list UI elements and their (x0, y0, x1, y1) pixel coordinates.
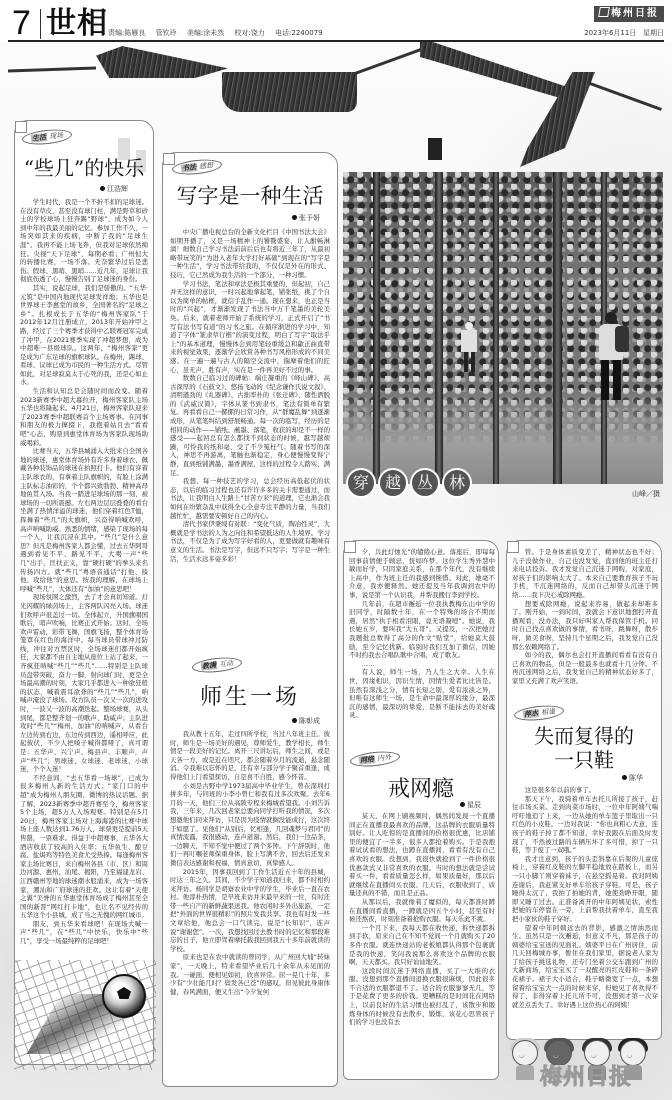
bullet-icon (622, 775, 627, 780)
credit-item: 责编:陈雁良 (108, 29, 145, 37)
paragraph: 管。于是身体素质变差了，精神状态也不好；儿子没做作业，自己也没发觉，直到他的班主… (512, 548, 658, 600)
paragraph: 清代书家伊秉绶有对联：“变化气质，陶冶性灵”，大概就是学书法的人为之向往和希望抵… (170, 520, 330, 563)
book-logo-icon (598, 7, 610, 17)
headline-line: 一只鞋 (508, 748, 660, 772)
paragraph: 如今的我，偶尔也会打开直播间看看有没有自己喜欢的物品，但是一般最多也就看十几分钟… (512, 651, 658, 684)
paragraph: 那天下午，我骑着单车去托儿所接了孩子，赶往市场买菜。走到肉菜市场时，一位中年阿姨… (512, 795, 658, 855)
paragraph: 想要戒除网瘾，说起来容易，做起来却难多了。刚开始，一到时间，我就会下意识地想打开… (512, 600, 658, 652)
headline: 写字是一种生活 (164, 180, 336, 210)
article-body: 中央广播电视总台的全新文化栏目《中国书法大会》如期开播了，又是一场精神上的饕餮盛… (170, 228, 330, 630)
paragraph: 望着中年阿姨远去的背影，感激之情油然而生。虽然只是一次邂逅，但意义不凡，那是孩子… (512, 924, 658, 1010)
photo-title: 穿 越 丛 林 (346, 468, 472, 498)
title-char: 越 (378, 468, 408, 498)
bullet-icon (460, 802, 465, 807)
bullet-icon (100, 186, 105, 191)
article-body-continued: 管。于是身体素质变差了，精神状态也不好；儿子没做作业，自己也没发觉，直到他的班主… (512, 548, 658, 684)
paragraph: 朋友，到五华来看球吧！在现场大喊一声“些几”，在“些几”中快乐，快乐中“些几”，… (20, 920, 148, 946)
paragraph: 我才注意到，孩子的头歪斜靠在后架的儿童座椅上，穿着红皮鞋的左脚平稳地放在踏板上，… (512, 855, 658, 924)
paragraph: 有人说，师生一场，乃人生之大幸。人生在世，因缘相识，因识生情，因情生爱者比比皆是… (349, 668, 495, 720)
article-body: 某天，在网上刷视频时，偶然间发现一个直播间正在直播我最喜欢的品牌，这品牌的衣服质… (349, 812, 495, 1070)
issue-weekday: 星期日 (643, 29, 664, 37)
paragraph: 这段时间沉迷于网络直播，买了一大堆的衣服。没想到那个直播间退换衣服很麻烦，因此很… (349, 967, 495, 1027)
forest-photo (343, 172, 663, 484)
paragraph: 2015年，因事我回到了工作生活近五十年的县城，时达三年之久。其间，不少学子知道… (170, 868, 330, 954)
bullet-icon (292, 718, 297, 723)
paragraph: 其实，说起足球，我们是骄傲的。“五华·元筑”是中国内地现代足球发祥地；五华也是世… (20, 284, 148, 387)
paragraph: 一个月下来，我每天都在收快递，拆快递都拆到手软，原来自己在不知不觉间一个月就购买… (349, 924, 495, 967)
page-number: 7 (12, 6, 31, 40)
photo-credit: 山峰／摄 (632, 489, 660, 499)
roof-center (222, 72, 357, 112)
title-char: 丛 (410, 468, 440, 498)
article-body: 这是很多年以前的事了。 那天下午，我骑着单车去托儿所接了孩子，赶往市场买菜。走到… (512, 786, 658, 1026)
dateline: 2023年6月11日 星期日 (584, 28, 664, 38)
paragraph: 我从教十五年，走过四所学校，当过八年班主任。彼时，师生是一场美好的遇见，尊师爱生… (170, 730, 330, 782)
paragraph: 原来也是在农中就读的曾同学，从广州回大埔“转妹家”，一天晚上，特来看望毕业后几十… (170, 953, 330, 996)
credit-item: 美编:涂未然 (187, 29, 224, 37)
editor-credits: 责编:陈雁良 管钦玲 美编:涂未然 校对:饶力 电话:2240079 (108, 28, 331, 38)
credit-item: 校对:饶力 (234, 29, 264, 37)
paragraph: 从那以后，我就像着了魔似的，每天都准时蹲在直播间看直播，一蹲就是四五个小时，甚至… (349, 898, 495, 924)
paragraph: 生活和认知总是会随时间而改变。随着2023新赛季中超大幕拉开，梅州客家队主场五华… (20, 387, 148, 447)
byline: 星辰 (460, 800, 481, 810)
paragraph: 某天，在网上刷视频时，偶然间发现一个直播间正在直播我最喜欢的品牌，这品牌的衣服质… (349, 812, 495, 898)
paragraph: 学生时代，我是一个不折不扣的足球迷。在没有草皮，甚至没有球门柱，满是野草和砂土的… (20, 198, 148, 284)
headline: “些几”的快乐 (16, 152, 152, 181)
newspaper-brand: 梅州日报 (594, 6, 664, 22)
byline: 陈彰成 (292, 716, 320, 726)
credit-item: 管钦玲 (156, 29, 177, 37)
byline: 张予妍 (292, 213, 320, 223)
paragraph: 不经意间，“去五华看一场球”，已成为很多梅州人新的生活方式；“家门口的中超”成为… (20, 774, 148, 920)
title-char: 穿 (346, 468, 376, 498)
headline-line: 失而复得的 (508, 724, 660, 748)
paragraph: 我想，每一种技艺的学习，总会经历高低起伏的状态，以后的临习过程也还有许许多多的关… (170, 477, 330, 520)
paragraph: 数数自己临习过的碑帖：端庄凝重的《峄山碑》、高古深厚的《石鼓文》、悠扬飞动的《纪… (170, 374, 330, 477)
article-body: 学生时代，我是一个不折不扣的足球迷。在没有草皮，甚至没有球门柱，满是野草和砂土的… (20, 198, 148, 960)
title-char: 林 (442, 468, 472, 498)
section-title: 世相 (46, 8, 108, 40)
paragraph: 这是很多年以前的事了。 (512, 786, 658, 795)
headline: 戒网瘾 (345, 772, 497, 803)
headline: 师生一场 (164, 680, 336, 711)
credit-item: 电话:2240079 (275, 29, 323, 37)
paragraph: 比赛当天，五华县城涌入大批来自全国各地的球迷，惠堂体育场外有许多身着球衣、佩戴各… (20, 447, 148, 593)
byline: 江浩辉 (100, 184, 128, 194)
paragraph: 中央广播电视总台的全新文化栏目《中国书法大会》如期开播了，又是一场精神上的饕餮盛… (170, 228, 330, 280)
bullet-icon (292, 215, 297, 220)
soccer-ball-icon (102, 974, 146, 1018)
newspaper-watermark: 梅州日报 (540, 1060, 632, 1091)
football-net-illustration (14, 960, 156, 1070)
paragraph: 几年前，在超市邂逅一位我执教梅东山中学的旧同学，时隔数十年，在一个特殊的场合不期… (349, 600, 495, 660)
window (428, 138, 442, 160)
masthead: 7 世相 责编:陈雁良 管钦玲 美编:涂未然 校对:饶力 电话:2240079 … (0, 0, 672, 40)
brand-name: 梅州日报 (611, 8, 659, 19)
paragraph: 夕，共此灯烛光”的缱绻心意。落座后，即每每回事前情便于顾忌，恍如昨梦。这位学生秀… (349, 548, 495, 600)
article-body: 我从教十五年，走过四所学校，当过八年班主任。彼时，师生是一场美好的遇见，尊师爱生… (170, 730, 330, 1075)
issue-date: 2023年6月11日 (584, 29, 636, 37)
divider (40, 9, 41, 39)
paragraph: 现场氛围之激烈，去了才会真切知道。灯光闪耀的绿茵场上，主客两队闪亮入场。球迷们欢… (20, 593, 148, 773)
article-body-continued: 夕，共此灯烛光”的缱绻心意。落座后，即每每回事前情便于顾忌，恍如昨梦。这位学生秀… (349, 548, 495, 748)
byline: 陈华 (622, 773, 643, 783)
child-figure: ◡ (508, 1040, 542, 1080)
headline: 失而复得的 一只鞋 (508, 724, 660, 772)
paragraph: 学习书法，笔法和章法是极其重要的，但起初，自己并无这样的意识，一时兴起地拿起笔，… (170, 280, 330, 375)
paragraph: 小刘是古野中学1973届高中毕业学生，曾在深圳打拼多年，与同班的小李小曾仁和我有… (170, 782, 330, 868)
